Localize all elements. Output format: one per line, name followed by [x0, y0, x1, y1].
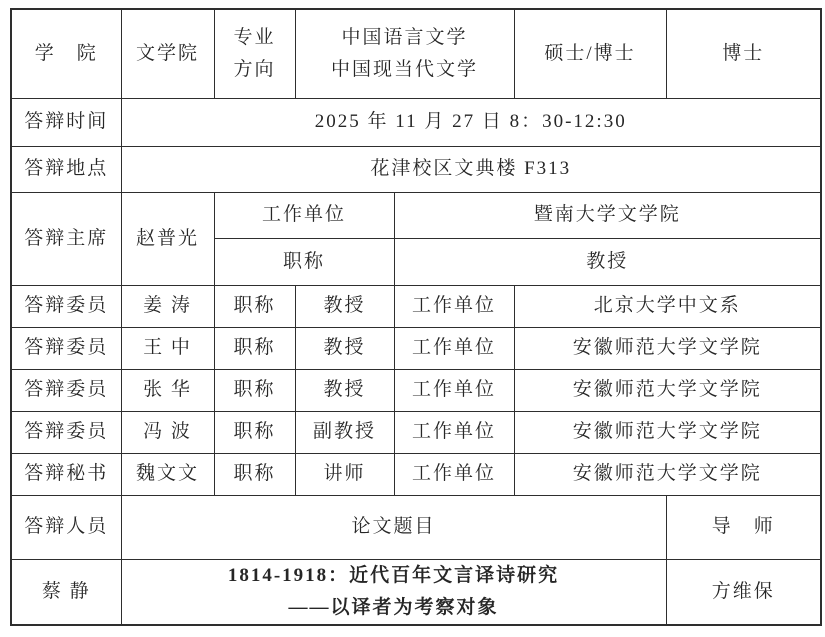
major-label-line1: 专业 [217, 22, 293, 53]
time-value: 2025 年 11 月 27 日 8：30-12:30 [121, 98, 821, 146]
candidate-label: 答辩人员 [11, 495, 121, 559]
college-label: 学 院 [11, 9, 121, 98]
secretary-role: 答辩秘书 [11, 453, 121, 495]
defense-schedule-table: 学 院 文学院 专业 方向 中国语言文学 中国现当代文学 硕士/博士 博士 答辩… [10, 8, 822, 626]
major-value-line1: 中国语言文学 [298, 22, 512, 53]
secretary-row: 答辩秘书 魏文文 职称 讲师 工作单位 安徽师范大学文学院 [11, 453, 821, 495]
advisor-name: 方维保 [666, 559, 821, 625]
advisor-label: 导 师 [666, 495, 821, 559]
member-title: 副教授 [295, 411, 394, 453]
thesis-title: 1814-1918：近代百年文言译诗研究 ——以译者为考察对象 [121, 559, 666, 625]
venue-row: 答辩地点 花津校区文典楼 F313 [11, 146, 821, 192]
degree-value: 博士 [666, 9, 821, 98]
candidate-header-row: 答辩人员 论文题目 导 师 [11, 495, 821, 559]
chair-unit-label: 工作单位 [214, 192, 394, 238]
member-unit: 安徽师范大学文学院 [514, 327, 821, 369]
major-value: 中国语言文学 中国现当代文学 [295, 9, 514, 98]
member-title-label: 职称 [214, 327, 295, 369]
venue-value: 花津校区文典楼 F313 [121, 146, 821, 192]
defense-schedule-page: 学 院 文学院 专业 方向 中国语言文学 中国现当代文学 硕士/博士 博士 答辩… [0, 0, 825, 637]
member-row: 答辩委员 冯 波 职称 副教授 工作单位 安徽师范大学文学院 [11, 411, 821, 453]
thesis-label: 论文题目 [121, 495, 666, 559]
header-row: 学 院 文学院 专业 方向 中国语言文学 中国现当代文学 硕士/博士 博士 [11, 9, 821, 98]
member-name: 冯 波 [121, 411, 214, 453]
candidate-row: 蔡 静 1814-1918：近代百年文言译诗研究 ——以译者为考察对象 方维保 [11, 559, 821, 625]
member-title-label: 职称 [214, 285, 295, 327]
chair-name: 赵普光 [121, 192, 214, 285]
time-label: 答辩时间 [11, 98, 121, 146]
member-name: 王 中 [121, 327, 214, 369]
member-title: 教授 [295, 285, 394, 327]
candidate-name: 蔡 静 [11, 559, 121, 625]
thesis-title-line1: 1814-1918：近代百年文言译诗研究 [124, 560, 664, 592]
secretary-title: 讲师 [295, 453, 394, 495]
member-unit: 安徽师范大学文学院 [514, 411, 821, 453]
member-unit-label: 工作单位 [394, 369, 514, 411]
member-row: 答辩委员 姜 涛 职称 教授 工作单位 北京大学中文系 [11, 285, 821, 327]
major-value-line2: 中国现当代文学 [298, 54, 512, 85]
member-role: 答辩委员 [11, 411, 121, 453]
major-label-line2: 方向 [217, 54, 293, 85]
member-name: 姜 涛 [121, 285, 214, 327]
member-unit-label: 工作单位 [394, 285, 514, 327]
chair-title-value: 教授 [394, 238, 821, 285]
college-value: 文学院 [121, 9, 214, 98]
member-title-label: 职称 [214, 411, 295, 453]
member-role: 答辩委员 [11, 327, 121, 369]
member-unit: 安徽师范大学文学院 [514, 369, 821, 411]
member-role: 答辩委员 [11, 285, 121, 327]
thesis-title-line2: ——以译者为考察对象 [124, 592, 664, 624]
venue-label: 答辩地点 [11, 146, 121, 192]
member-row: 答辩委员 王 中 职称 教授 工作单位 安徽师范大学文学院 [11, 327, 821, 369]
chair-label: 答辩主席 [11, 192, 121, 285]
member-unit-label: 工作单位 [394, 411, 514, 453]
chair-unit-value: 暨南大学文学院 [394, 192, 821, 238]
member-unit: 北京大学中文系 [514, 285, 821, 327]
chair-row-unit: 答辩主席 赵普光 工作单位 暨南大学文学院 [11, 192, 821, 238]
member-title: 教授 [295, 369, 394, 411]
degree-label: 硕士/博士 [514, 9, 666, 98]
secretary-name: 魏文文 [121, 453, 214, 495]
major-label: 专业 方向 [214, 9, 295, 98]
secretary-unit-label: 工作单位 [394, 453, 514, 495]
member-role: 答辩委员 [11, 369, 121, 411]
member-title: 教授 [295, 327, 394, 369]
chair-title-label: 职称 [214, 238, 394, 285]
member-title-label: 职称 [214, 369, 295, 411]
time-row: 答辩时间 2025 年 11 月 27 日 8：30-12:30 [11, 98, 821, 146]
secretary-unit: 安徽师范大学文学院 [514, 453, 821, 495]
member-unit-label: 工作单位 [394, 327, 514, 369]
member-row: 答辩委员 张 华 职称 教授 工作单位 安徽师范大学文学院 [11, 369, 821, 411]
secretary-title-label: 职称 [214, 453, 295, 495]
member-name: 张 华 [121, 369, 214, 411]
